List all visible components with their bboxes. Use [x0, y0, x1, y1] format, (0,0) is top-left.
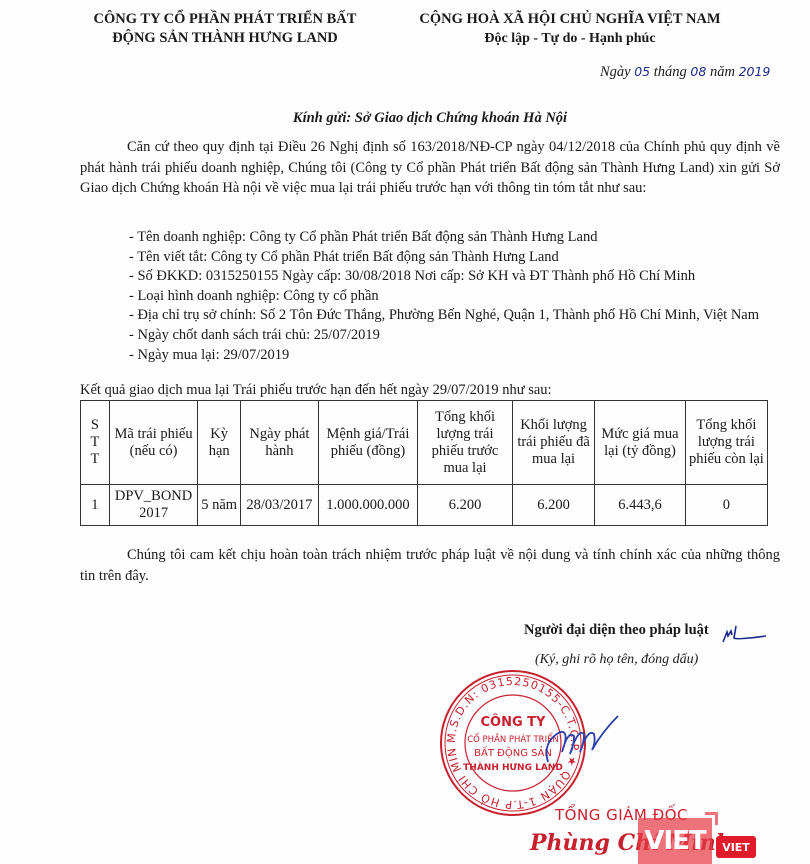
- national-motto: Độc lập - Tự do - Hạnh phúc: [400, 29, 740, 48]
- date-year: 2019: [739, 64, 771, 79]
- company-details-list: - Tên doanh nghiệp: Công ty Cổ phần Phát…: [129, 228, 779, 365]
- document-page: CÔNG TY CỔ PHẦN PHÁT TRIỂN BẤT ĐỘNG SẢN …: [0, 0, 810, 864]
- col-header-volume-bought: Khối lượng trái phiếu đã mua lại: [512, 401, 594, 485]
- date-day: 05: [634, 64, 650, 79]
- detail-item: - Tên doanh nghiệp: Công ty Cổ phần Phát…: [129, 228, 779, 248]
- table-header-row: S T T Mã trái phiếu (nếu có) Kỳ hạn Ngày…: [81, 401, 768, 485]
- cell-issue-date: 28/03/2017: [240, 485, 318, 526]
- detail-item: - Ngày chốt danh sách trái chủ: 25/07/20…: [129, 326, 779, 346]
- cell-bond-code: DPV_BOND 2017: [109, 485, 198, 526]
- col-header-buyback-price: Mức giá mua lại (tỷ đồng): [595, 401, 686, 485]
- national-header: CỘNG HOÀ XÃ HỘI CHỦ NGHĨA VIỆT NAM Độc l…: [400, 10, 740, 48]
- cell-buyback-price: 6.443,6: [595, 485, 686, 526]
- col-header-bond-code: Mã trái phiếu (nếu có): [109, 401, 198, 485]
- commitment-paragraph: Chúng tôi cam kết chịu hoàn toàn trách n…: [80, 545, 780, 586]
- cell-volume-remaining: 0: [685, 485, 767, 526]
- intro-paragraph: Căn cứ theo quy định tại Điều 26 Nghị đị…: [80, 137, 780, 199]
- signature-instruction: (Ký, ghi rõ họ tên, đóng dấu): [535, 652, 698, 668]
- col-header-par-value: Mệnh giá/Trái phiếu (đồng): [318, 401, 417, 485]
- watermark-logo-small: VIET: [716, 836, 756, 858]
- detail-item: - Loại hình doanh nghiệp: Công ty cổ phầ…: [129, 287, 779, 307]
- company-name-line1: CÔNG TY CỔ PHẦN PHÁT TRIỂN BẤT: [60, 10, 390, 29]
- cell-par-value: 1.000.000.000: [318, 485, 417, 526]
- detail-item: - Tên viết tắt: Công ty Cổ phần Phát tri…: [129, 248, 779, 268]
- addressee: Kính gửi: Sở Giao dịch Chứng khoán Hà Nộ…: [80, 110, 780, 127]
- col-header-volume-remaining: Tổng khối lượng trái phiếu còn lại: [685, 401, 767, 485]
- cell-volume-before: 6.200: [418, 485, 513, 526]
- initials-signature-icon: [720, 622, 770, 646]
- cell-stt: 1: [81, 485, 110, 526]
- legal-representative-title: Người đại diện theo pháp luật: [524, 622, 709, 639]
- cell-term: 5 năm: [198, 485, 241, 526]
- company-header: CÔNG TY CỔ PHẦN PHÁT TRIỂN BẤT ĐỘNG SẢN …: [60, 10, 390, 48]
- company-name-line2: ĐỘNG SẢN THÀNH HƯNG LAND: [60, 29, 390, 48]
- document-date: Ngày 05 tháng 08 năm 2019: [600, 64, 770, 81]
- nation-title: CỘNG HOÀ XÃ HỘI CHỦ NGHĨA VIỆT NAM: [400, 10, 740, 29]
- date-month: 08: [690, 64, 706, 79]
- col-header-issue-date: Ngày phát hành: [240, 401, 318, 485]
- col-header-term: Kỳ hạn: [198, 401, 241, 485]
- detail-item: - Địa chỉ trụ sở chính: Số 2 Tôn Đức Thắ…: [129, 306, 779, 326]
- table-row: 1 DPV_BOND 2017 5 năm 28/03/2017 1.000.0…: [81, 485, 768, 526]
- watermark-logo-large: VIET: [638, 818, 712, 864]
- detail-item: - Ngày mua lại: 29/07/2019: [129, 346, 779, 366]
- svg-text:CÔNG TY: CÔNG TY: [481, 714, 547, 730]
- col-header-volume-before: Tổng khối lượng trái phiếu trước mua lại: [418, 401, 513, 485]
- col-header-stt: S T T: [81, 401, 110, 485]
- signature-icon: [540, 712, 620, 772]
- detail-item: - Số ĐKKD: 0315250155 Ngày cấp: 30/08/20…: [129, 267, 779, 287]
- cell-volume-bought: 6.200: [512, 485, 594, 526]
- result-intro: Kết quả giao dịch mua lại Trái phiếu trư…: [80, 382, 552, 399]
- bond-buyback-table: S T T Mã trái phiếu (nếu có) Kỳ hạn Ngày…: [80, 400, 768, 526]
